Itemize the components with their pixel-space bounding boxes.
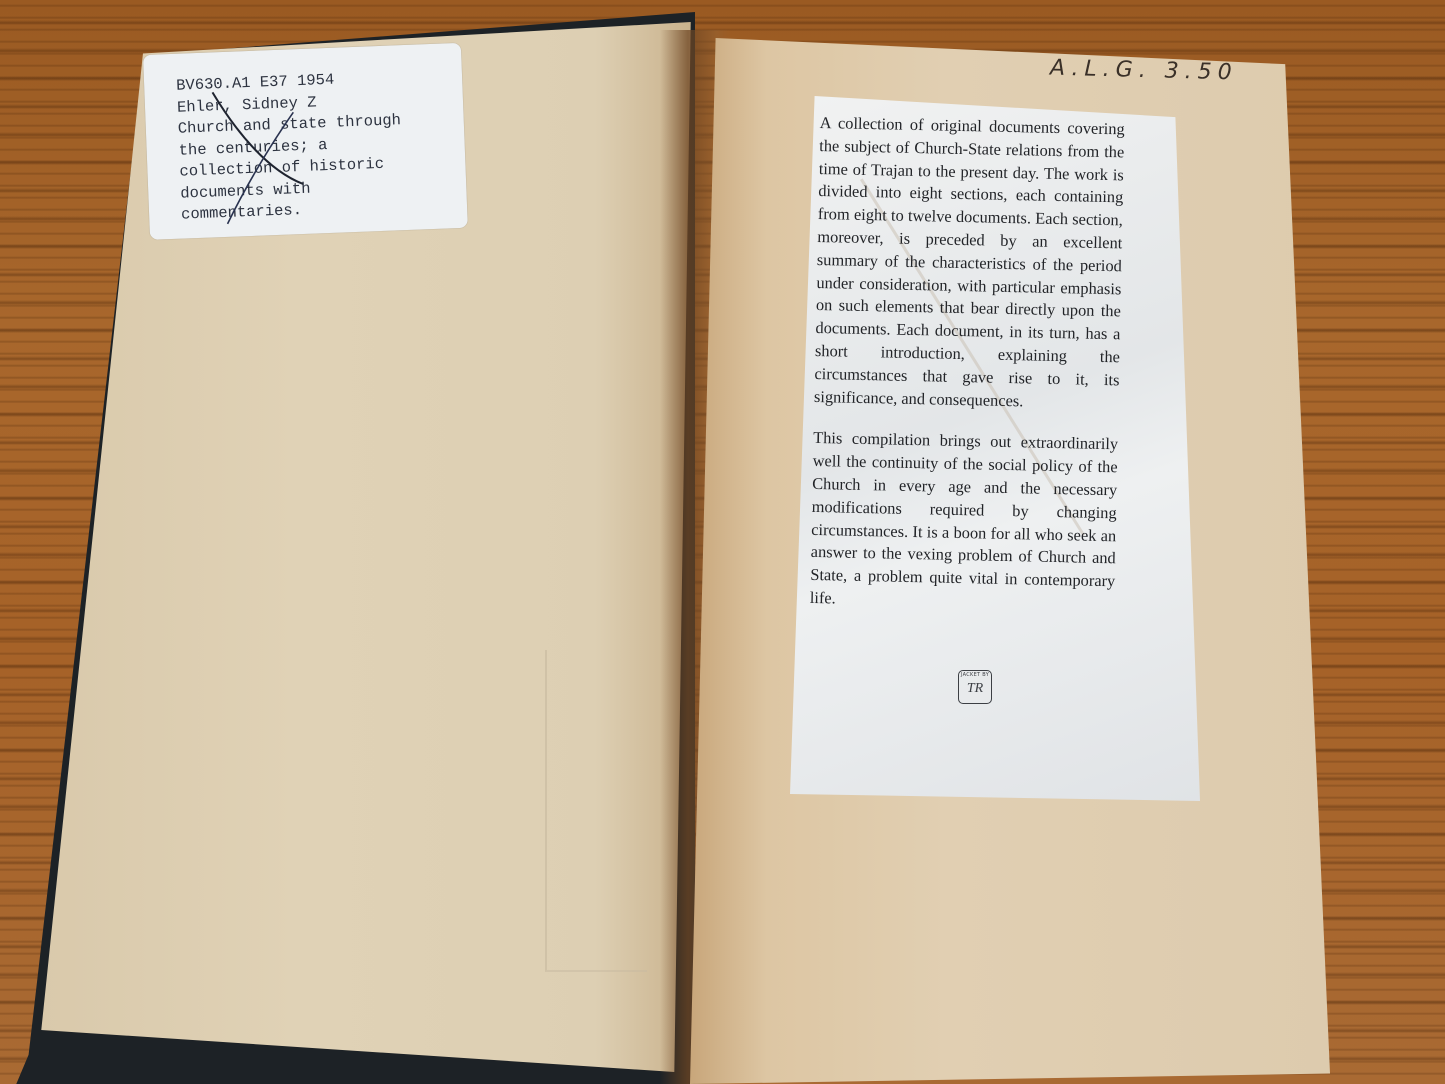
pastedown-edge	[545, 650, 647, 972]
logo-monogram: TR	[967, 681, 983, 696]
logo-caption: JACKET BY	[959, 672, 991, 678]
blurb-text: A collection of original documents cover…	[809, 112, 1125, 635]
pen-cross-mark-icon	[143, 43, 468, 240]
jacket-designer-logo-icon: JACKET BY TR	[958, 670, 992, 704]
handwritten-price: A.L.G. 3.50	[1050, 56, 1238, 86]
blurb-paragraph-1: A collection of original documents cover…	[814, 112, 1125, 415]
blurb-paragraph-2: This compilation brings out extraordinar…	[810, 427, 1119, 616]
library-catalog-label: BV630.A1 E37 1954 Ehler, Sidney Z Church…	[143, 43, 468, 240]
